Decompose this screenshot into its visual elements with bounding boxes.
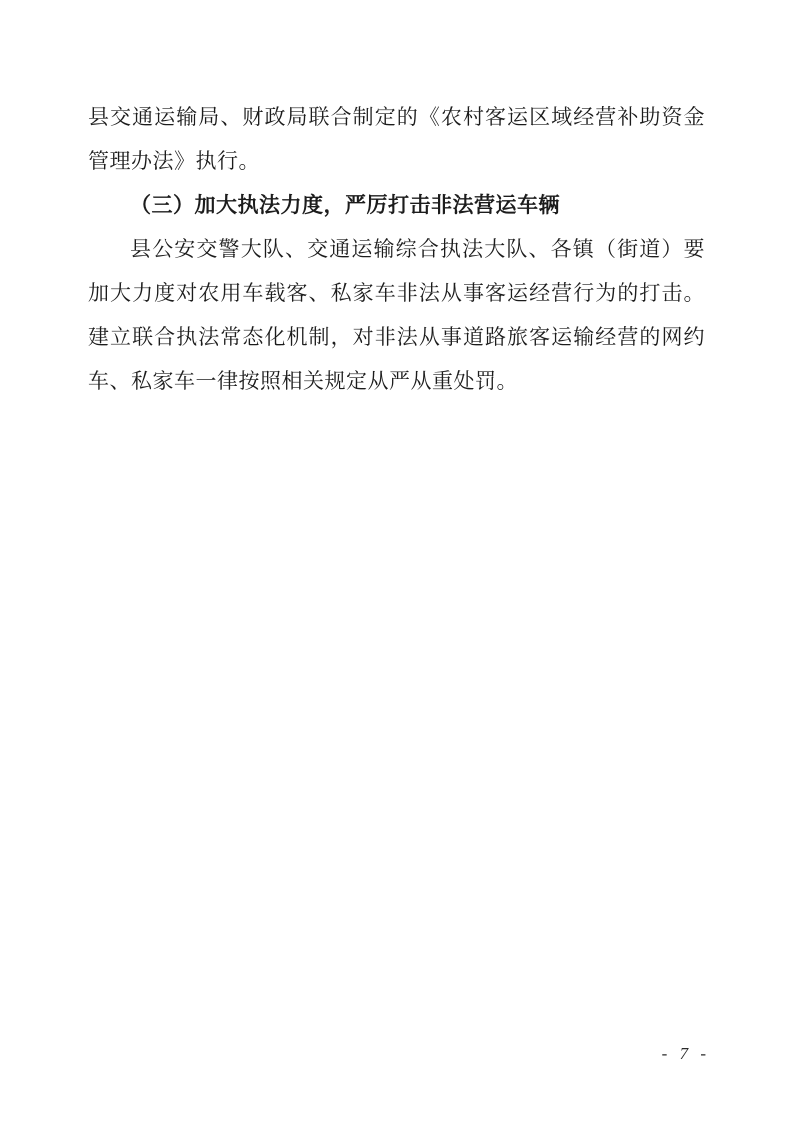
paragraph-continuation: 县交通运输局、财政局联合制定的《农村客运区域经营补助资金管理办法》执行。 — [88, 95, 705, 183]
page-number: - 7 - — [662, 1044, 710, 1064]
document-page: 县交通运输局、财政局联合制定的《农村客运区域经营补助资金管理办法》执行。 （三）… — [0, 0, 793, 1122]
document-content: 县交通运输局、财政局联合制定的《农村客运区域经营补助资金管理办法》执行。 （三）… — [88, 95, 705, 403]
paragraph-body: 县公安交警大队、交通运输综合执法大队、各镇（街道）要加大力度对农用车载客、私家车… — [88, 227, 705, 403]
section-heading: （三）加大执法力度，严厉打击非法营运车辆 — [88, 183, 705, 227]
